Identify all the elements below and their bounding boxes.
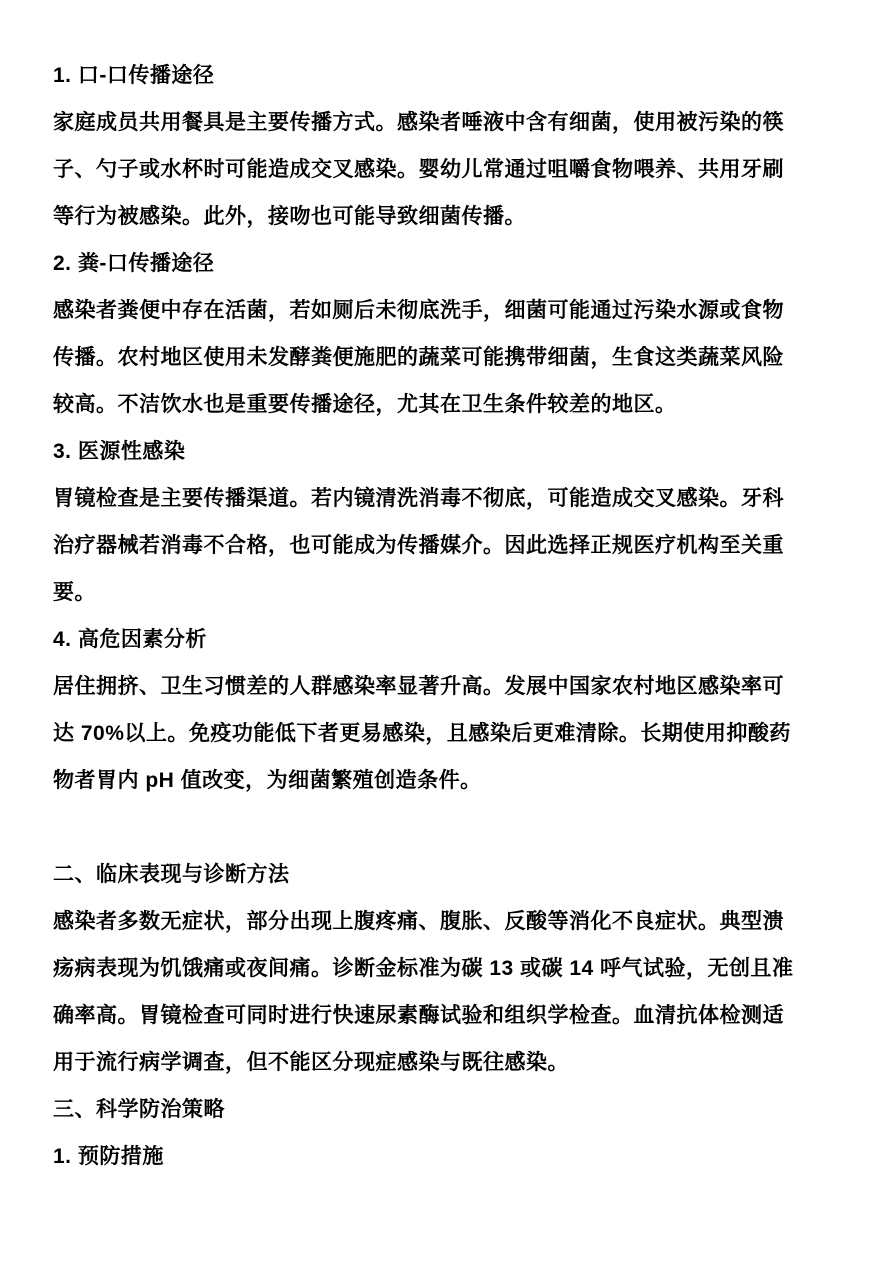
paragraph-line: 要。 <box>53 569 853 616</box>
paragraph-line: 居住拥挤、卫生习惯差的人群感染率显著升高。发展中国家农村地区感染率可 <box>53 663 853 710</box>
paragraph-line: 治疗器械若消毒不合格，也可能成为传播媒介。因此选择正规医疗机构至关重 <box>53 522 853 569</box>
section-heading: 二、临床表现与诊断方法 <box>53 851 853 898</box>
paragraph-line: 胃镜检查是主要传播渠道。若内镜清洗消毒不彻底，可能造成交叉感染。牙科 <box>53 475 853 522</box>
section-heading: 1. 预防措施 <box>53 1133 853 1180</box>
paragraph-line: 用于流行病学调查，但不能区分现症感染与既往感染。 <box>53 1039 853 1086</box>
section-heading: 三、科学防治策略 <box>53 1086 853 1133</box>
paragraph-line: 达 70%以上。免疫功能低下者更易感染，且感染后更难清除。长期使用抑酸药 <box>53 710 853 757</box>
paragraph-line: 物者胃内 pH 值改变，为细菌繁殖创造条件。 <box>53 757 853 804</box>
paragraph-line: 等行为被感染。此外，接吻也可能导致细菌传播。 <box>53 193 853 240</box>
blank-line <box>53 804 853 851</box>
paragraph-line: 疡病表现为饥饿痛或夜间痛。诊断金标准为碳 13 或碳 14 呼气试验，无创且准 <box>53 945 853 992</box>
section-heading: 2. 粪-口传播途径 <box>53 240 853 287</box>
section-heading: 1. 口-口传播途径 <box>53 52 853 99</box>
paragraph-line: 较高。不洁饮水也是重要传播途径，尤其在卫生条件较差的地区。 <box>53 381 853 428</box>
paragraph-line: 传播。农村地区使用未发酵粪便施肥的蔬菜可能携带细菌，生食这类蔬菜风险 <box>53 334 853 381</box>
document-body: 1. 口-口传播途径家庭成员共用餐具是主要传播方式。感染者唾液中含有细菌，使用被… <box>53 52 853 1180</box>
paragraph-line: 感染者多数无症状，部分出现上腹疼痛、腹胀、反酸等消化不良症状。典型溃 <box>53 898 853 945</box>
section-heading: 3. 医源性感染 <box>53 428 853 475</box>
paragraph-line: 子、勺子或水杯时可能造成交叉感染。婴幼儿常通过咀嚼食物喂养、共用牙刷 <box>53 146 853 193</box>
paragraph-line: 家庭成员共用餐具是主要传播方式。感染者唾液中含有细菌，使用被污染的筷 <box>53 99 853 146</box>
paragraph-line: 感染者粪便中存在活菌，若如厕后未彻底洗手，细菌可能通过污染水源或食物 <box>53 287 853 334</box>
paragraph-line: 确率高。胃镜检查可同时进行快速尿素酶试验和组织学检查。血清抗体检测适 <box>53 992 853 1039</box>
section-heading: 4. 高危因素分析 <box>53 616 853 663</box>
document-page: 1. 口-口传播途径家庭成员共用餐具是主要传播方式。感染者唾液中含有细菌，使用被… <box>0 0 893 1262</box>
